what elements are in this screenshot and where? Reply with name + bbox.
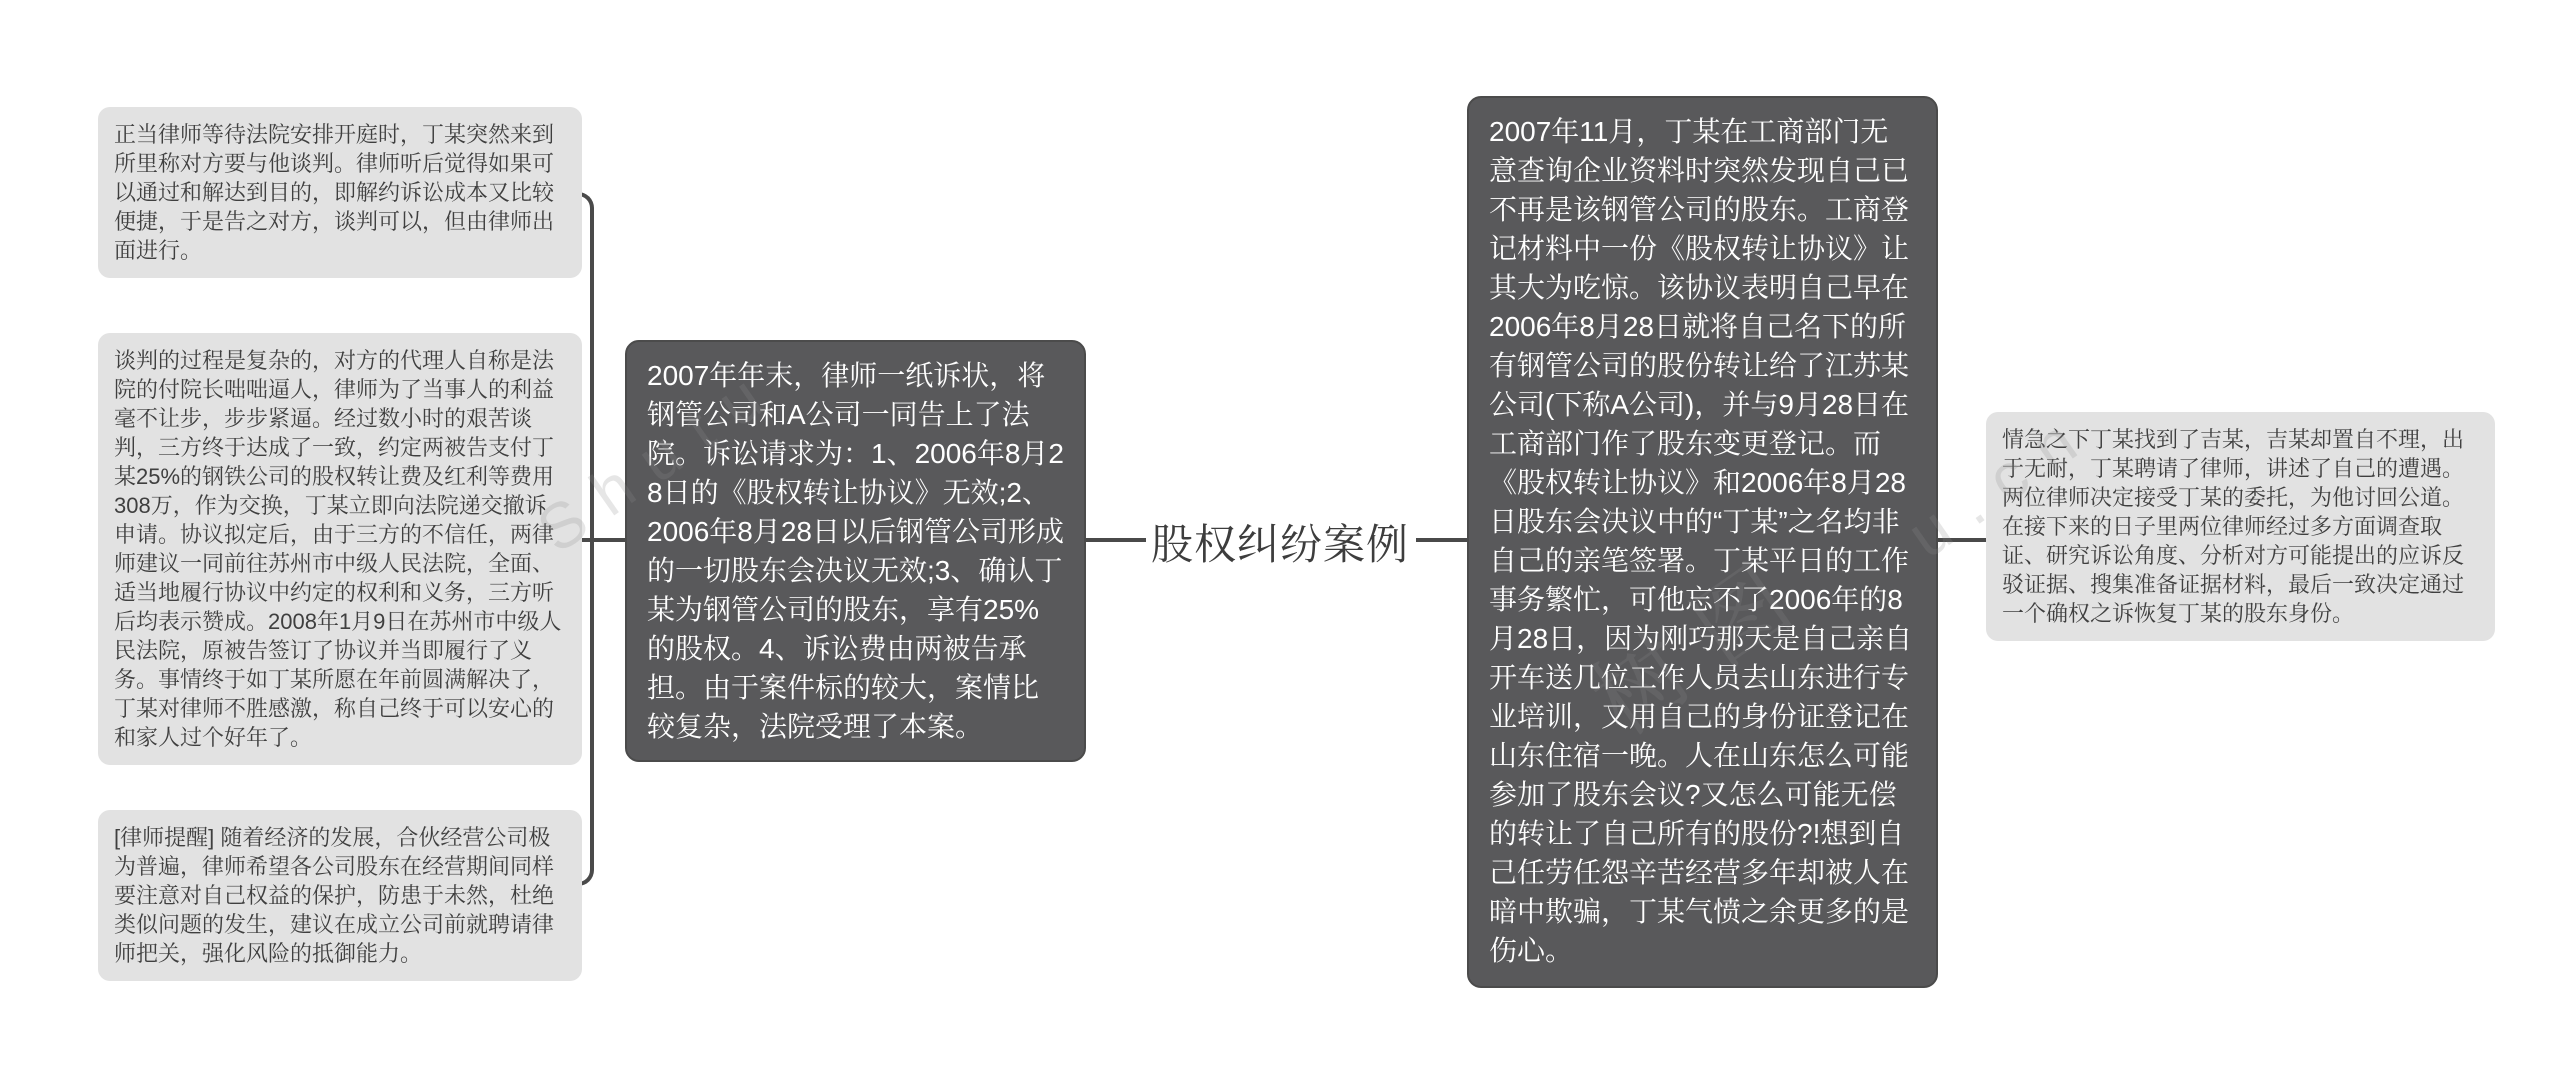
diagram-title: 股权纠纷案例 xyxy=(1140,512,1420,572)
node-case-discovery: 2007年11月，丁某在工商部门无意查询企业资料时突然发现自己已不再是该钢管公司… xyxy=(1467,96,1938,988)
connector-title-to-right xyxy=(1416,538,1467,542)
mindmap-canvas: Shutu u.cn 树图 正当律师等待法院安排开庭时，丁某突然来到所里称对方要… xyxy=(0,0,2560,1082)
node-negotiation-request: 正当律师等待法院安排开庭时，丁某突然来到所里称对方要与他谈判。律师听后觉得如果可… xyxy=(98,107,582,278)
connector-right-to-far-right xyxy=(1938,538,1986,542)
node-lawyer-engagement: 情急之下丁某找到了吉某，吉某却置自不理，出于无耐，丁某聘请了律师，讲述了自己的遭… xyxy=(1986,412,2495,641)
node-lawsuit-claims: 2007年年末，律师一纸诉状，将钢管公司和A公司一同告上了法院。诉讼请求为：1、… xyxy=(625,340,1086,762)
connector-spine-to-center xyxy=(582,538,626,542)
connector-center-to-title xyxy=(1086,538,1146,542)
node-negotiation-process: 谈判的过程是复杂的，对方的代理人自称是法院的付院长咄咄逼人，律师为了当事人的利益… xyxy=(98,333,582,765)
node-lawyer-reminder: [律师提醒] 随着经济的发展，合伙经营公司极为普遍，律师希望各公司股东在经营期间… xyxy=(98,810,582,981)
